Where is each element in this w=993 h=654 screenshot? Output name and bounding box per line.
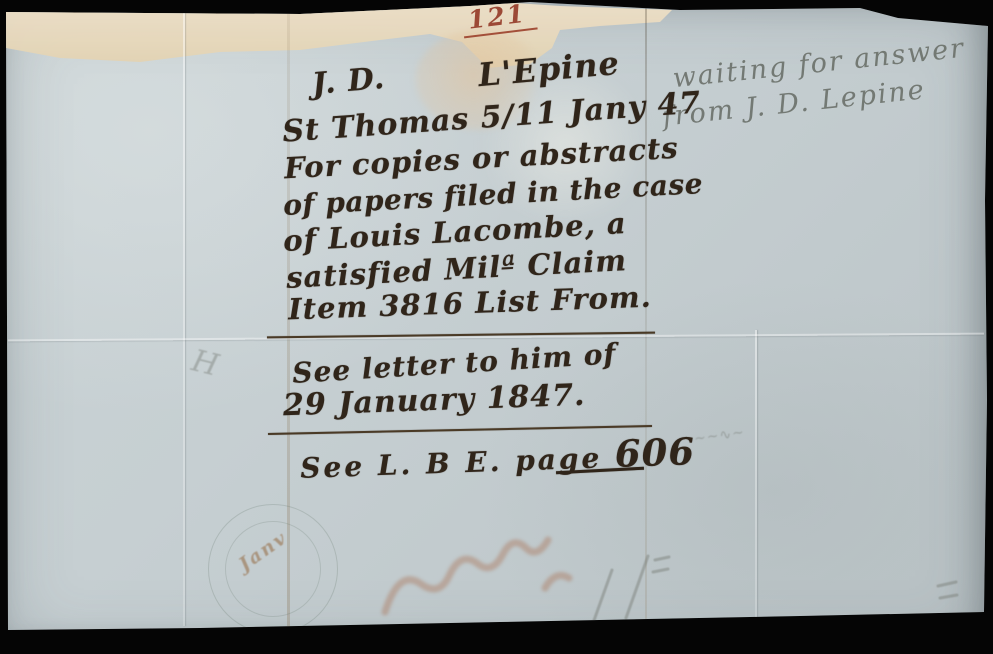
document-page: Janv H ~~∿~ 121 waiting for answer from … (0, 0, 993, 654)
reference-label: See L. B E. page (300, 441, 616, 485)
postmark-stamp (196, 492, 350, 646)
scan-frame: Janv H ~~∿~ 121 waiting for answer from … (0, 0, 993, 654)
pencil-edge-squiggle: ~~∿~ (693, 425, 746, 448)
pencil-doodle: H (188, 343, 222, 383)
fold-crease-vertical-right (755, 330, 757, 625)
fold-crease-vertical-left (183, 12, 185, 626)
docket-name-initials: J. D. (311, 61, 387, 102)
reference-line: See L. B E. page 606 (299, 429, 695, 487)
